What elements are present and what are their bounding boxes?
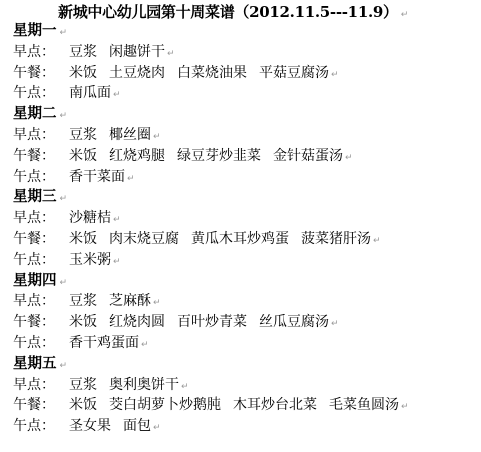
day-name: 星期二 <box>13 106 57 122</box>
menu-item: 木耳炒台北菜 <box>233 397 317 413</box>
meal-label: 早点： <box>13 42 69 63</box>
meal-row-snack: 午点：香干菜面↵ <box>13 167 481 188</box>
menu-item: 米饭 <box>69 65 97 81</box>
menu-item: 丝瓜豆腐汤 <box>259 314 329 330</box>
meal-row-breakfast: 早点：豆浆奥利奥饼干↵ <box>13 375 481 396</box>
paragraph-mark-icon: ↵ <box>373 236 381 246</box>
menu-item: 南瓜面 <box>69 85 111 101</box>
meal-row-lunch: 午餐：米饭红烧肉圆百叶炒青菜丝瓜豆腐汤↵ <box>13 312 481 333</box>
meal-label: 早点： <box>13 125 69 146</box>
meal-label: 午点： <box>13 167 69 188</box>
meal-row-breakfast: 早点：沙糖桔↵ <box>13 208 481 229</box>
menu-title: 新城中心幼儿园第十周菜谱（2012.11.5---11.9）↵ <box>58 1 408 23</box>
menu-item: 肉末烧豆腐 <box>109 231 179 247</box>
meal-row-lunch: 午餐：米饭土豆烧肉白菜烧油果平菇豆腐汤↵ <box>13 63 481 84</box>
meal-label: 早点： <box>13 375 69 396</box>
meal-row-snack: 午点：玉米粥↵ <box>13 250 481 271</box>
paragraph-mark-icon: ↵ <box>401 402 409 412</box>
menu-item: 红烧肉圆 <box>109 314 165 330</box>
menu-item: 黄瓜木耳炒鸡蛋 <box>191 231 289 247</box>
meal-row-lunch: 午餐：米饭茭白胡萝卜炒鹅肫木耳炒台北菜毛菜鱼圆汤↵ <box>13 395 481 416</box>
menu-item: 百叶炒青菜 <box>177 314 247 330</box>
paragraph-mark-icon: ↵ <box>181 382 189 392</box>
day-name: 星期一 <box>13 23 57 39</box>
day-name: 星期五 <box>13 356 57 372</box>
menu-item: 米饭 <box>69 314 97 330</box>
menu-item: 土豆烧肉 <box>109 65 165 81</box>
menu-item: 米饭 <box>69 231 97 247</box>
menu-item: 玉米粥 <box>69 252 111 268</box>
day-heading: 星期三↵ <box>13 187 481 208</box>
menu-item: 平菇豆腐汤 <box>259 65 329 81</box>
meal-label: 午餐： <box>13 312 69 333</box>
meal-label: 午餐： <box>13 146 69 167</box>
menu-item: 香干菜面 <box>69 169 125 185</box>
menu-item: 豆浆 <box>69 377 97 393</box>
menu-item: 豆浆 <box>69 293 97 309</box>
day-heading: 星期四↵ <box>13 271 481 292</box>
meal-label: 午点： <box>13 250 69 271</box>
menu-item: 茭白胡萝卜炒鹅肫 <box>109 397 221 413</box>
paragraph-mark-icon: ↵ <box>331 319 339 329</box>
menu-item: 豆浆 <box>69 44 97 60</box>
paragraph-mark-icon: ↵ <box>113 90 121 100</box>
paragraph-mark-icon: ↵ <box>153 132 161 142</box>
paragraph-mark-icon: ↵ <box>331 70 339 80</box>
menu-item: 芝麻酥 <box>109 293 151 309</box>
day-heading: 星期二↵ <box>13 104 481 125</box>
paragraph-mark-icon: ↵ <box>60 28 68 38</box>
day-name: 星期三 <box>13 189 57 205</box>
meal-label: 午餐： <box>13 229 69 250</box>
meal-label: 早点： <box>13 291 69 312</box>
menu-item: 奥利奥饼干 <box>109 377 179 393</box>
menu-item: 面包 <box>123 418 151 434</box>
meal-label: 午餐： <box>13 63 69 84</box>
meal-row-breakfast: 早点：豆浆椰丝圈↵ <box>13 125 481 146</box>
menu-item: 绿豆芽炒韭菜 <box>177 148 261 164</box>
meal-label: 午餐： <box>13 395 69 416</box>
meal-label: 午点： <box>13 333 69 354</box>
menu-item: 米饭 <box>69 148 97 164</box>
meal-label: 午点： <box>13 416 69 437</box>
menu-item: 椰丝圈 <box>109 127 151 143</box>
paragraph-mark-icon: ↵ <box>60 111 68 121</box>
menu-item: 香干鸡蛋面 <box>69 335 139 351</box>
paragraph-mark-icon: ↵ <box>153 298 161 308</box>
meal-row-snack: 午点：圣女果面包↵ <box>13 416 481 437</box>
menu-item: 沙糖桔 <box>69 210 111 226</box>
menu-item: 米饭 <box>69 397 97 413</box>
menu-title-text: 新城中心幼儿园第十周菜谱（2012.11.5---11.9） <box>58 3 398 21</box>
day-heading: 星期一↵ <box>13 21 481 42</box>
meal-row-lunch: 午餐：米饭红烧鸡腿绿豆芽炒韭菜金针菇蛋汤↵ <box>13 146 481 167</box>
menu-document: 星期一↵早点：豆浆闲趣饼干↵午餐：米饭土豆烧肉白菜烧油果平菇豆腐汤↵午点：南瓜面… <box>13 21 481 437</box>
menu-item: 毛菜鱼圆汤 <box>329 397 399 413</box>
meal-label: 午点： <box>13 83 69 104</box>
meal-row-lunch: 午餐：米饭肉末烧豆腐黄瓜木耳炒鸡蛋菠菜猪肝汤↵ <box>13 229 481 250</box>
menu-item: 圣女果 <box>69 418 111 434</box>
meal-label: 早点： <box>13 208 69 229</box>
paragraph-mark-icon: ↵ <box>60 278 68 288</box>
menu-item: 白菜烧油果 <box>177 65 247 81</box>
paragraph-mark-icon: ↵ <box>60 361 68 371</box>
paragraph-mark-icon: ↵ <box>113 257 121 267</box>
menu-item: 闲趣饼干 <box>109 44 165 60</box>
meal-row-snack: 午点：香干鸡蛋面↵ <box>13 333 481 354</box>
menu-item: 红烧鸡腿 <box>109 148 165 164</box>
paragraph-mark-icon: ↵ <box>345 153 353 163</box>
menu-item: 金针菇蛋汤 <box>273 148 343 164</box>
day-heading: 星期五↵ <box>13 354 481 375</box>
menu-item: 豆浆 <box>69 127 97 143</box>
menu-item: 菠菜猪肝汤 <box>301 231 371 247</box>
paragraph-mark-icon: ↵ <box>60 194 68 204</box>
paragraph-mark-icon: ↵ <box>401 10 408 20</box>
day-name: 星期四 <box>13 273 57 289</box>
meal-row-breakfast: 早点：豆浆闲趣饼干↵ <box>13 42 481 63</box>
paragraph-mark-icon: ↵ <box>113 215 121 225</box>
meal-row-snack: 午点：南瓜面↵ <box>13 83 481 104</box>
paragraph-mark-icon: ↵ <box>127 174 135 184</box>
paragraph-mark-icon: ↵ <box>153 423 161 433</box>
meal-row-breakfast: 早点：豆浆芝麻酥↵ <box>13 291 481 312</box>
paragraph-mark-icon: ↵ <box>141 340 149 350</box>
paragraph-mark-icon: ↵ <box>167 49 175 59</box>
